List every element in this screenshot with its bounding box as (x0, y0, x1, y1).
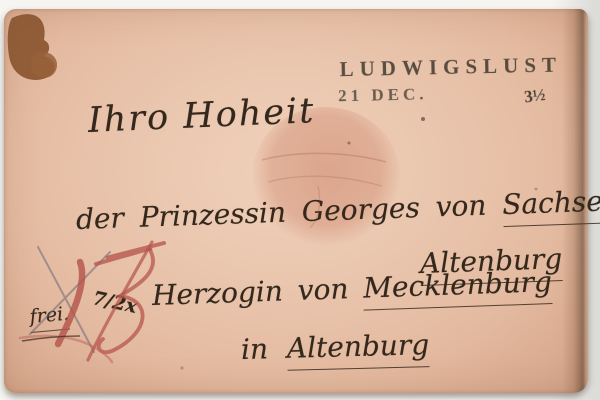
address-line-title: Herzogin von Mecklenburg (151, 265, 552, 312)
address-line-recipient-underlined: Sachsen (502, 184, 600, 227)
address-line-destination-text: in (241, 332, 269, 366)
address-line-title-underlined: Mecklenburg (363, 265, 553, 311)
postmark-rate-mark: 3½ (523, 85, 547, 108)
postmark-stamp: LUDWIGSLUST 21 DEC. 3½ (325, 52, 566, 123)
postmark-date: 21 DEC. (338, 84, 428, 106)
photograph-of-historic-letter: LUDWIGSLUST 21 DEC. 3½ Ihro Hoheit der P… (0, 0, 600, 400)
folded-letter-cover: LUDWIGSLUST 21 DEC. 3½ Ihro Hoheit der P… (4, 9, 588, 393)
address-line-title-text: Herzogin von (151, 272, 349, 312)
rate-fraction-notation: 7/2x (91, 287, 139, 318)
postmark-town-name: LUDWIGSLUST (339, 53, 562, 83)
address-line-destination: in Altenburg (241, 328, 430, 366)
address-line-destination-underlined: Altenburg (286, 328, 429, 371)
franco-notation: frei. (29, 303, 71, 333)
